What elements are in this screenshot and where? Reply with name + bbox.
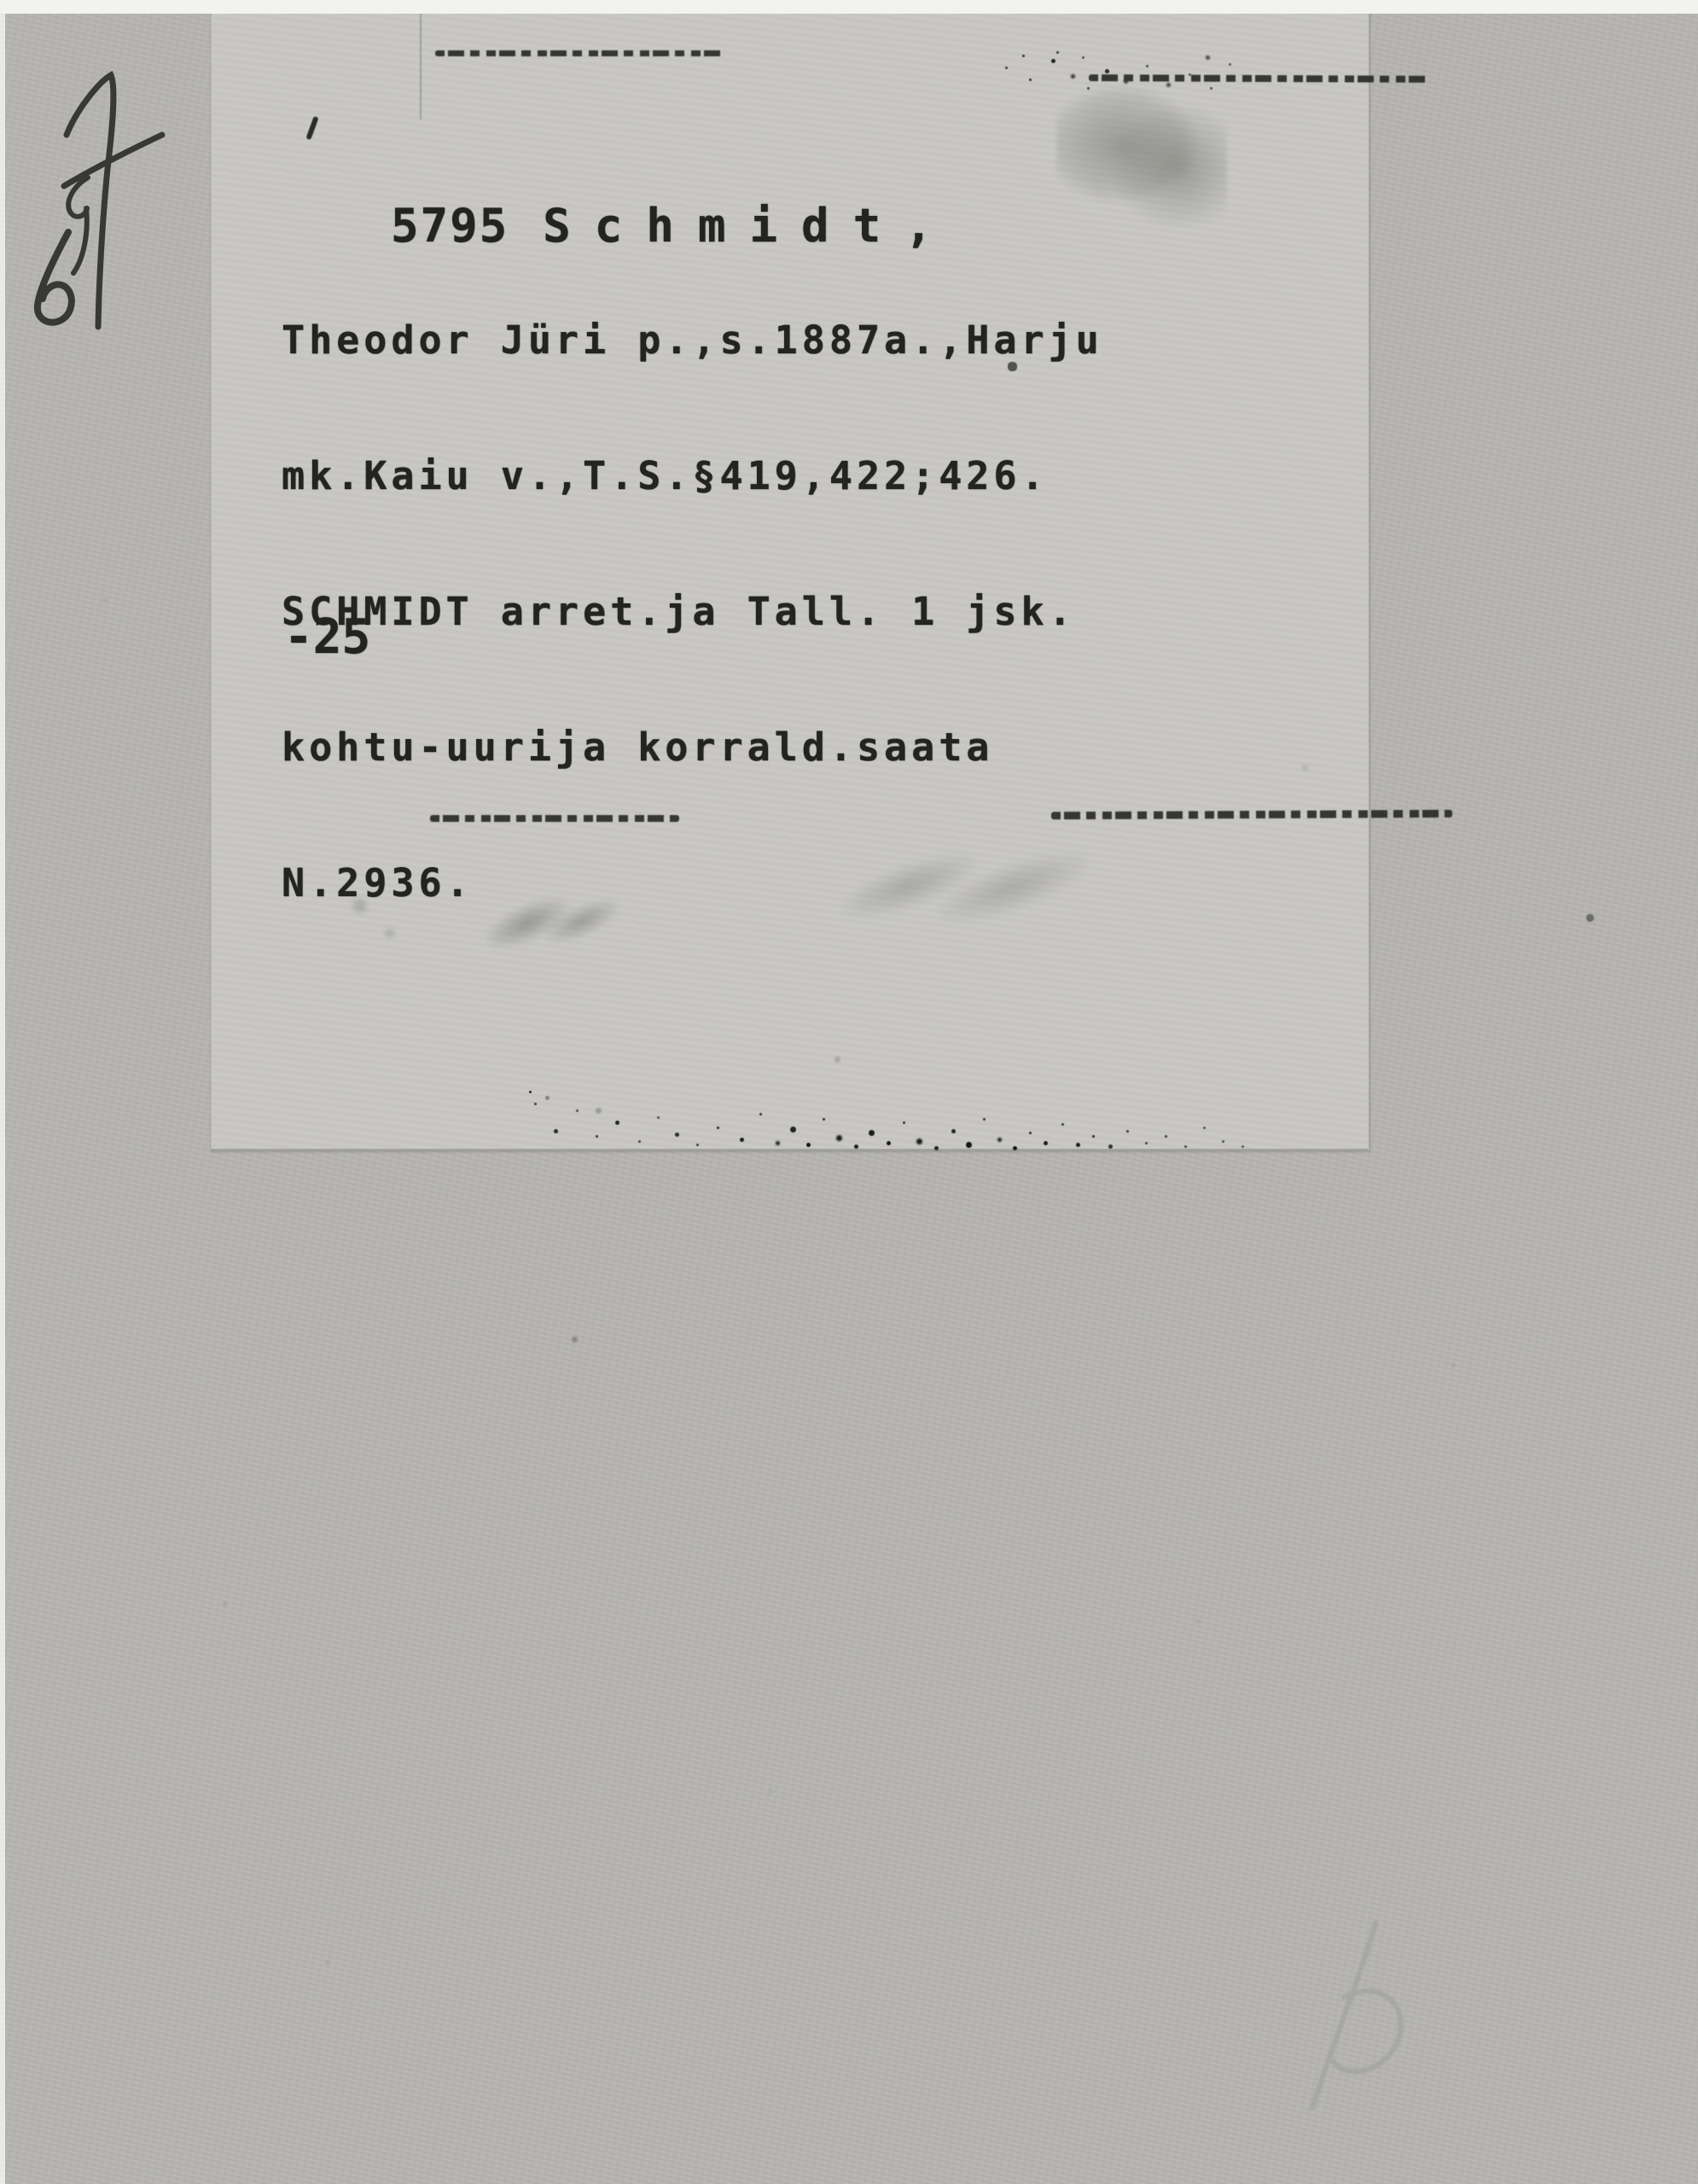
fingerprint-smudge bbox=[1056, 85, 1227, 226]
document-scan: 5795Schmidt, Theodor Jüri p.,s.1887a.,Ha… bbox=[0, 0, 1698, 2184]
top-right-speckles bbox=[1005, 48, 1008, 50]
card-annotation: -25 bbox=[284, 609, 370, 665]
card-bottom-edge bbox=[211, 1149, 1368, 1150]
scan-edge-left bbox=[0, 0, 5, 2184]
scan-edge-top bbox=[0, 0, 1698, 14]
detail-line: kohtu-uurija korrald.saata bbox=[282, 725, 1103, 770]
scratch-line bbox=[420, 14, 422, 119]
typed-dashed-rule-mid-right bbox=[1051, 810, 1452, 819]
pencil-scribble-icon bbox=[1280, 1903, 1451, 2134]
typed-dashed-rule-top-left bbox=[435, 50, 725, 56]
detail-line: Theodor Jüri p.,s.1887a.,Harju bbox=[282, 317, 1103, 363]
card-bottom-speckles bbox=[529, 1091, 532, 1093]
detail-line: mk.Kaiu v.,T.S.§419,422;426. bbox=[282, 453, 1103, 498]
handwritten-number-657-icon bbox=[24, 50, 195, 357]
typed-dashed-rule-top-right bbox=[1089, 74, 1430, 83]
detail-line: SCHMIDT arret.ja Tall. 1 jsk. bbox=[282, 589, 1103, 634]
